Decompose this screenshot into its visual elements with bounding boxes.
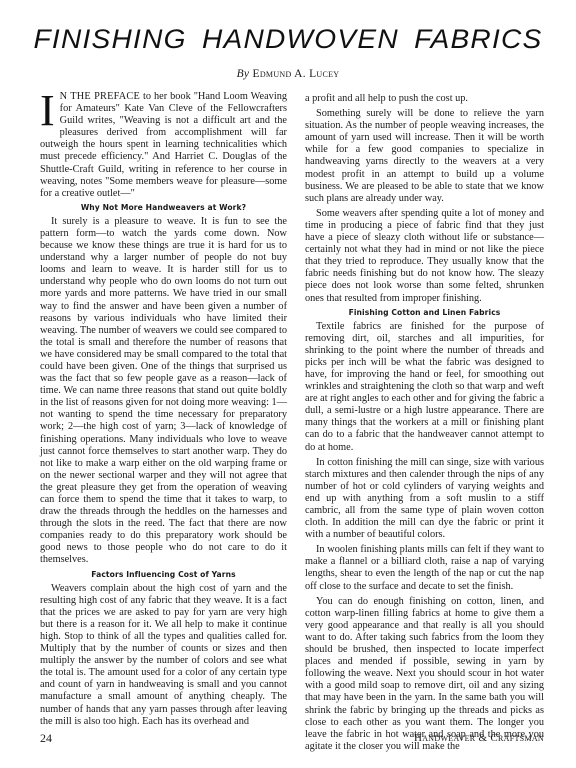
- intro-paragraph: IN THE PREFACE to her book "Hand Loom We…: [40, 91, 287, 200]
- subhead-factors-cost-of-yarns: Factors Influencing Cost of Yarns: [40, 570, 287, 580]
- paragraph: It surely is a pleasure to weave. It is …: [40, 216, 287, 567]
- left-column: IN THE PREFACE to her book "Hand Loom We…: [40, 91, 287, 731]
- page-number: 24: [40, 731, 52, 746]
- article-title: FINISHING HANDWOVEN FABRICS: [0, 24, 576, 55]
- byline-prefix: By: [237, 68, 250, 80]
- subhead-finishing-cotton-linen: Finishing Cotton and Linen Fabrics: [305, 308, 544, 318]
- paragraph: Textile fabrics are finished for the pur…: [305, 321, 544, 454]
- paragraph: Weavers complain about the high cost of …: [40, 583, 287, 728]
- byline: By Edmund A. Lucey: [0, 68, 576, 80]
- paragraph: Something surely will be done to relieve…: [305, 108, 544, 205]
- right-column: a profit and all help to push the cost u…: [305, 93, 544, 756]
- paragraph: In woolen finishing plants mills can fel…: [305, 544, 544, 592]
- intro-text: to her book "Hand Loom Weaving for Amate…: [40, 91, 287, 199]
- publication-name: Handweaver & Craftsman: [414, 732, 544, 744]
- paragraph: Some weavers after spending quite a lot …: [305, 208, 544, 305]
- byline-author: Edmund A. Lucey: [253, 68, 340, 80]
- subhead-why-not-more-handweavers: Why Not More Handweavers at Work?: [40, 203, 287, 213]
- paragraph: You can do enough finishing on cotton, l…: [305, 596, 544, 753]
- paragraph-continued: a profit and all help to push the cost u…: [305, 93, 544, 105]
- paragraph: In cotton finishing the mill can singe, …: [305, 457, 544, 542]
- drop-cap: I: [40, 94, 55, 128]
- intro-lead: N THE PREFACE: [60, 91, 140, 102]
